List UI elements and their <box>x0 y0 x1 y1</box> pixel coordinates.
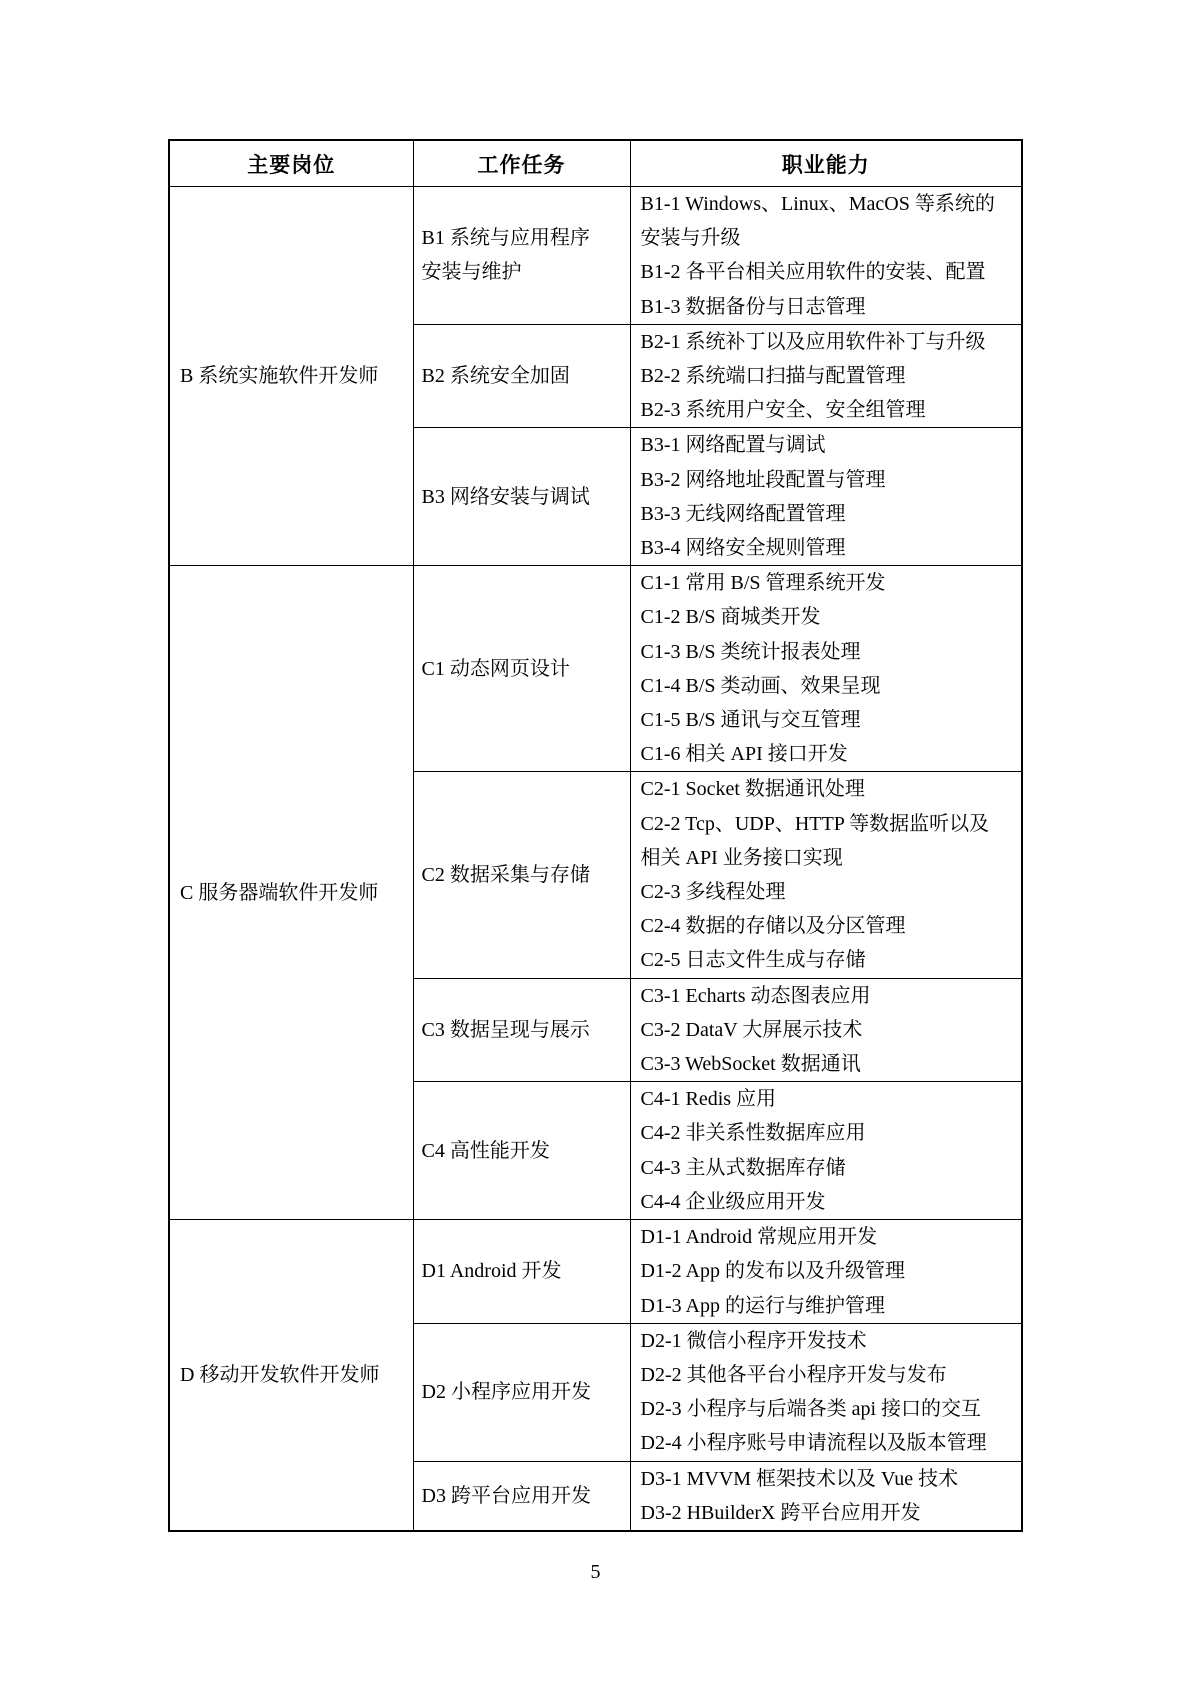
abilities-cell-c4: C4-1 Redis 应用 C4-2 非关系性数据库应用 C4-3 主从式数据库… <box>630 1082 1022 1220</box>
ability-line: C3-1 Echarts 动态图表应用 <box>641 979 1018 1013</box>
ability-line: B1-1 Windows、Linux、MacOS 等系统的 安装与升级 <box>641 187 1018 255</box>
ability-line: C1-2 B/S 商城类开发 <box>641 600 1018 634</box>
ability-line: D2-4 小程序账号申请流程以及版本管理 <box>641 1426 1018 1460</box>
task-cell-c3: C3 数据呈现与展示 <box>413 978 630 1082</box>
ability-line: D1-3 App 的运行与维护管理 <box>641 1289 1018 1323</box>
table-row: B 系统实施软件开发师 B1 系统与应用程序 安装与维护 B1-1 Window… <box>169 187 1022 325</box>
ability-line: B2-3 系统用户安全、安全组管理 <box>641 393 1018 427</box>
ability-line: D1-1 Android 常规应用开发 <box>641 1220 1018 1254</box>
ability-line: C4-1 Redis 应用 <box>641 1082 1018 1116</box>
task-cell-b2: B2 系统安全加固 <box>413 324 630 428</box>
ability-line: B3-1 网络配置与调试 <box>641 428 1018 462</box>
ability-line: B3-4 网络安全规则管理 <box>641 531 1018 565</box>
abilities-cell-c2: C2-1 Socket 数据通讯处理 C2-2 Tcp、UDP、HTTP 等数据… <box>630 772 1022 978</box>
ability-line: C1-1 常用 B/S 管理系统开发 <box>641 566 1018 600</box>
ability-line: C1-5 B/S 通讯与交互管理 <box>641 703 1018 737</box>
table-row: C 服务器端软件开发师 C1 动态网页设计 C1-1 常用 B/S 管理系统开发… <box>169 566 1022 772</box>
ability-line: C2-5 日志文件生成与存储 <box>641 943 1018 977</box>
ability-line: B1-2 各平台相关应用软件的安装、配置 <box>641 255 1018 289</box>
position-cell-b: B 系统实施软件开发师 <box>169 187 413 566</box>
ability-line: C1-6 相关 API 接口开发 <box>641 737 1018 771</box>
document-page: 主要岗位 工作任务 职业能力 B 系统实施软件开发师 B1 系统与应用程序 安装… <box>0 0 1191 1684</box>
page-number: 5 <box>0 1561 1191 1584</box>
ability-line: C4-4 企业级应用开发 <box>641 1185 1018 1219</box>
position-cell-c: C 服务器端软件开发师 <box>169 566 413 1220</box>
ability-line: C2-4 数据的存储以及分区管理 <box>641 909 1018 943</box>
ability-line: C1-3 B/S 类统计报表处理 <box>641 635 1018 669</box>
task-cell-d2: D2 小程序应用开发 <box>413 1323 630 1461</box>
header-row: 主要岗位 工作任务 职业能力 <box>169 140 1022 187</box>
abilities-cell-b1: B1-1 Windows、Linux、MacOS 等系统的 安装与升级 B1-2… <box>630 187 1022 325</box>
ability-line: D2-1 微信小程序开发技术 <box>641 1324 1018 1358</box>
ability-line: C3-2 DataV 大屏展示技术 <box>641 1013 1018 1047</box>
ability-line: C2-3 多线程处理 <box>641 875 1018 909</box>
task-cell-c4: C4 高性能开发 <box>413 1082 630 1220</box>
ability-line: C1-4 B/S 类动画、效果呈现 <box>641 669 1018 703</box>
abilities-cell-b2: B2-1 系统补丁以及应用软件补丁与升级 B2-2 系统端口扫描与配置管理 B2… <box>630 324 1022 428</box>
ability-line: B1-3 数据备份与日志管理 <box>641 290 1018 324</box>
ability-line: C2-1 Socket 数据通讯处理 <box>641 772 1018 806</box>
ability-line: C4-2 非关系性数据库应用 <box>641 1116 1018 1150</box>
abilities-cell-b3: B3-1 网络配置与调试 B3-2 网络地址段配置与管理 B3-3 无线网络配置… <box>630 428 1022 566</box>
ability-line: C4-3 主从式数据库存储 <box>641 1151 1018 1185</box>
ability-line: B3-3 无线网络配置管理 <box>641 497 1018 531</box>
abilities-cell-d2: D2-1 微信小程序开发技术 D2-2 其他各平台小程序开发与发布 D2-3 小… <box>630 1323 1022 1461</box>
table-row: D 移动开发软件开发师 D1 Android 开发 D1-1 Android 常… <box>169 1220 1022 1324</box>
ability-line: B2-1 系统补丁以及应用软件补丁与升级 <box>641 325 1018 359</box>
task-cell-b1: B1 系统与应用程序 安装与维护 <box>413 187 630 325</box>
task-cell-d3: D3 跨平台应用开发 <box>413 1461 630 1531</box>
abilities-cell-c1: C1-1 常用 B/S 管理系统开发 C1-2 B/S 商城类开发 C1-3 B… <box>630 566 1022 772</box>
col-header-ability: 职业能力 <box>630 140 1022 187</box>
ability-line: D2-2 其他各平台小程序开发与发布 <box>641 1358 1018 1392</box>
col-header-task: 工作任务 <box>413 140 630 187</box>
ability-line: D2-3 小程序与后端各类 api 接口的交互 <box>641 1392 1018 1426</box>
ability-line: C3-3 WebSocket 数据通讯 <box>641 1047 1018 1081</box>
abilities-cell-d3: D3-1 MVVM 框架技术以及 Vue 技术 D3-2 HBuilderX 跨… <box>630 1461 1022 1531</box>
ability-line: D3-2 HBuilderX 跨平台应用开发 <box>641 1496 1018 1530</box>
task-cell-b3: B3 网络安装与调试 <box>413 428 630 566</box>
col-header-position: 主要岗位 <box>169 140 413 187</box>
position-cell-d: D 移动开发软件开发师 <box>169 1220 413 1531</box>
ability-line: B3-2 网络地址段配置与管理 <box>641 463 1018 497</box>
task-cell-d1: D1 Android 开发 <box>413 1220 630 1324</box>
ability-line: D3-1 MVVM 框架技术以及 Vue 技术 <box>641 1462 1018 1496</box>
ability-line: B2-2 系统端口扫描与配置管理 <box>641 359 1018 393</box>
ability-line: C2-2 Tcp、UDP、HTTP 等数据监听以及 相关 API 业务接口实现 <box>641 807 1018 875</box>
position-task-ability-table: 主要岗位 工作任务 职业能力 B 系统实施软件开发师 B1 系统与应用程序 安装… <box>168 139 1023 1532</box>
abilities-cell-c3: C3-1 Echarts 动态图表应用 C3-2 DataV 大屏展示技术 C3… <box>630 978 1022 1082</box>
abilities-cell-d1: D1-1 Android 常规应用开发 D1-2 App 的发布以及升级管理 D… <box>630 1220 1022 1324</box>
ability-line: D1-2 App 的发布以及升级管理 <box>641 1254 1018 1288</box>
task-cell-c1: C1 动态网页设计 <box>413 566 630 772</box>
task-cell-c2: C2 数据采集与存储 <box>413 772 630 978</box>
